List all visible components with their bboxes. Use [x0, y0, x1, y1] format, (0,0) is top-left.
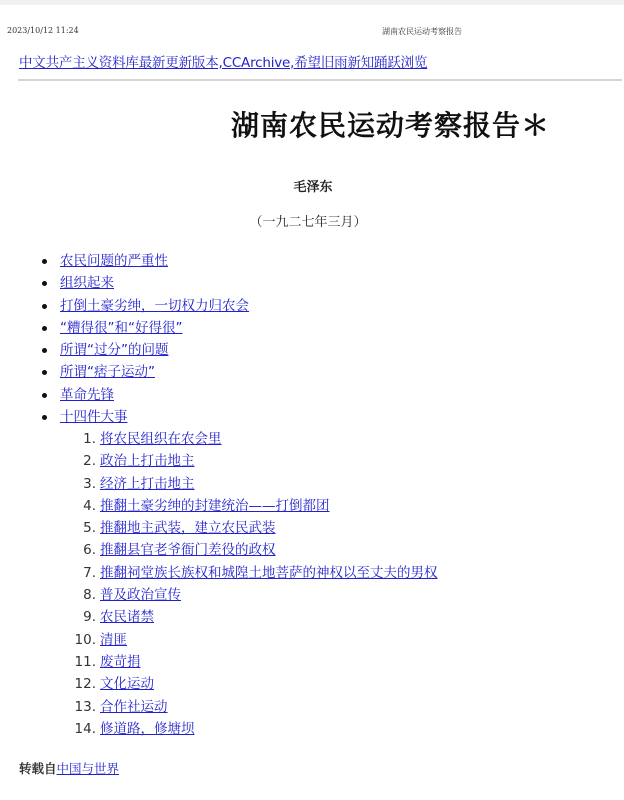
toc-item: “糟得很”和“好得很”	[60, 317, 249, 339]
print-datetime: 2023/10/12 11:24	[7, 26, 79, 35]
item-number: 12.	[66, 673, 96, 695]
sub-item: 9.农民诸禁	[100, 606, 438, 628]
table-of-contents: 农民问题的严重性 组织起来 打倒土豪劣绅，一切权力归农会 “糟得很”和“好得很”…	[20, 250, 249, 428]
sub-link-10[interactable]: 清匪	[100, 632, 127, 648]
toc-link-3[interactable]: 打倒土豪劣绅，一切权力归农会	[60, 298, 249, 314]
item-number: 14.	[66, 718, 96, 740]
sub-link-13[interactable]: 合作社运动	[100, 699, 168, 715]
toc-link-5[interactable]: 所谓“过分”的问题	[60, 342, 169, 358]
fourteen-events-list: 1.将农民组织在农会里 2.政治上打击地主 3.经济上打击地主 4.推翻土豪劣绅…	[100, 428, 438, 740]
toc-link-6[interactable]: 所谓“痞子运动”	[60, 364, 155, 380]
sub-link-7[interactable]: 推翻祠堂族长族权和城隍土地菩萨的神权以至丈夫的男权	[100, 565, 438, 581]
sub-link-8[interactable]: 普及政治宣传	[100, 587, 181, 603]
sub-link-6[interactable]: 推翻县官老爷衙门差役的政权	[100, 542, 276, 558]
sub-item: 2.政治上打击地主	[100, 450, 438, 472]
horizontal-rule	[18, 79, 622, 81]
sub-link-1[interactable]: 将农民组织在农会里	[100, 431, 222, 447]
sub-item: 11.废苛捐	[100, 651, 438, 673]
sub-link-11[interactable]: 废苛捐	[100, 654, 141, 670]
item-number: 8.	[66, 584, 96, 606]
sub-link-3[interactable]: 经济上打击地主	[100, 476, 195, 492]
sub-item: 6.推翻县官老爷衙门差役的政权	[100, 539, 438, 561]
toc-item: 所谓“过分”的问题	[60, 339, 249, 361]
publication-date: （一九二七年三月）	[228, 211, 388, 230]
item-number: 13.	[66, 696, 96, 718]
item-number: 9.	[66, 606, 96, 628]
item-number: 7.	[66, 562, 96, 584]
sub-link-5[interactable]: 推翻地主武装，建立农民武装	[100, 520, 276, 536]
item-number: 10.	[66, 629, 96, 651]
sub-item: 5.推翻地主武装，建立农民武装	[100, 517, 438, 539]
sub-item: 12.文化运动	[100, 673, 438, 695]
source-link[interactable]: 中国与世界	[57, 761, 120, 776]
item-number: 2.	[66, 450, 96, 472]
item-number: 6.	[66, 539, 96, 561]
source-prefix: 转载自	[19, 761, 57, 776]
source-credit: 转载自中国与世界	[19, 759, 119, 777]
sub-item: 14.修道路，修塘坝	[100, 718, 438, 740]
item-number: 11.	[66, 651, 96, 673]
sub-link-14[interactable]: 修道路，修塘坝	[100, 721, 195, 737]
toc-item: 打倒土豪劣绅，一切权力归农会	[60, 295, 249, 317]
sub-link-2[interactable]: 政治上打击地主	[100, 453, 195, 469]
sub-link-9[interactable]: 农民诸禁	[100, 609, 154, 625]
item-number: 1.	[66, 428, 96, 450]
author: 毛泽东	[273, 176, 353, 195]
sub-item: 1.将农民组织在农会里	[100, 428, 438, 450]
item-number: 5.	[66, 517, 96, 539]
toc-link-2[interactable]: 组织起来	[60, 275, 114, 291]
toc-link-4[interactable]: “糟得很”和“好得很”	[60, 320, 182, 336]
sub-item: 10.清匪	[100, 629, 438, 651]
top-strip	[0, 0, 624, 5]
toc-link-7[interactable]: 革命先锋	[60, 387, 114, 403]
sub-item: 8.普及政治宣传	[100, 584, 438, 606]
toc-item: 所谓“痞子运动”	[60, 361, 249, 383]
toc-item: 革命先锋	[60, 384, 249, 406]
sub-item: 3.经济上打击地主	[100, 473, 438, 495]
page-title: 湖南农民运动考察报告＊	[0, 104, 624, 144]
ccarchive-link[interactable]: 中文共产主义资料库最新更新版本,CCArchive,希望旧雨新知踊跃浏览	[19, 51, 427, 71]
sub-item: 7.推翻祠堂族长族权和城隍土地菩萨的神权以至丈夫的男权	[100, 562, 438, 584]
item-number: 3.	[66, 473, 96, 495]
print-page-title: 湖南农民运动考察报告	[382, 26, 462, 37]
item-number: 4.	[66, 495, 96, 517]
sub-item: 13.合作社运动	[100, 696, 438, 718]
toc-item: 组织起来	[60, 272, 249, 294]
toc-link-8[interactable]: 十四件大事	[60, 409, 128, 425]
toc-item: 农民问题的严重性	[60, 250, 249, 272]
sub-link-4[interactable]: 推翻土豪劣绅的封建统治——打倒都团	[100, 498, 330, 514]
toc-link-1[interactable]: 农民问题的严重性	[60, 253, 168, 269]
toc-item: 十四件大事	[60, 406, 249, 428]
sub-link-12[interactable]: 文化运动	[100, 676, 154, 692]
sub-item: 4.推翻土豪劣绅的封建统治——打倒都团	[100, 495, 438, 517]
